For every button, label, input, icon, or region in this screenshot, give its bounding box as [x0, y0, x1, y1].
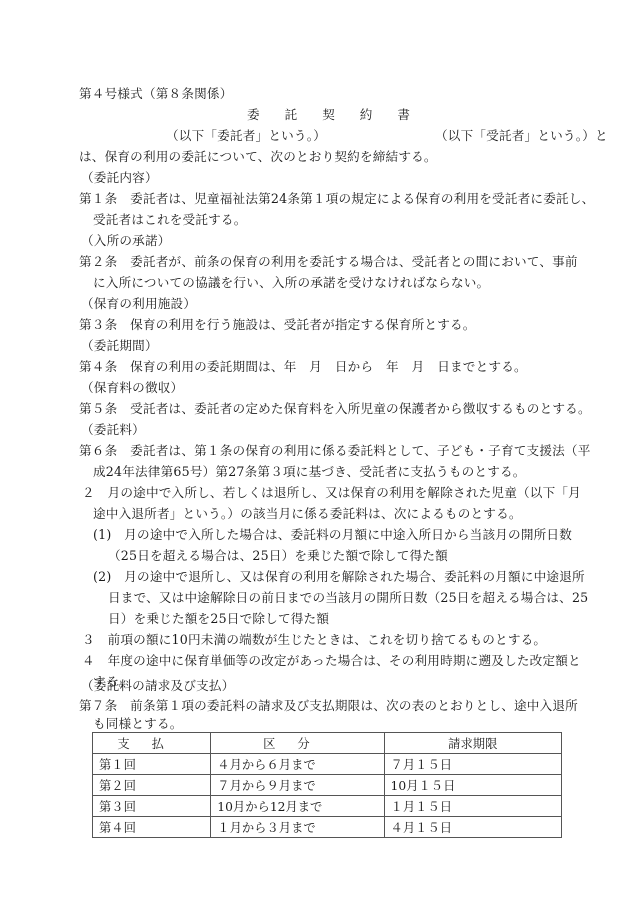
table-row: 第１回 ４月から６月まで ７月１５日 — [93, 754, 562, 775]
table-header-row: 支払 区分 請求期限 — [93, 733, 562, 754]
payment-schedule-table: 支払 区分 請求期限 第１回 ４月から６月まで ７月１５日 第２回 ７月から９月… — [92, 732, 562, 838]
article-6-item-2-cont: 日まで、又は中途解除日の前日までの当該月の開所日数（25日を超える場合は、25 — [108, 589, 588, 607]
payment-cell: 第４回 — [93, 817, 211, 838]
document-page: 第４号様式（第８条関係） 委託契約書 （以下「委託者」という。） （以下「受託者… — [0, 0, 630, 903]
article-5-heading: （保育料の徴収） — [81, 379, 183, 397]
table-row: 第３回 10月から12月まで １月１５日 — [93, 796, 562, 817]
period-cell: ７月から９月まで — [211, 775, 384, 796]
article-3-text: 第３条 保育の利用を行う施設は、受託者が指定する保育所とする。 — [79, 316, 476, 334]
deadline-cell: ７月１５日 — [384, 754, 561, 775]
header-payment: 支払 — [93, 733, 211, 754]
period-cell: 10月から12月まで — [211, 796, 384, 817]
table-row: 第４回 １月から３月まで ４月１５日 — [93, 817, 562, 838]
article-6-item-1: (1) 月の途中で入所した場合は、委託料の月額に中途入所日から当該月の開所日数 — [93, 526, 572, 544]
preamble-line: は、保育の利用の委託について、次のとおり契約を締結する。 — [79, 148, 437, 166]
article-1-text-cont: 受託者はこれを受託する。 — [93, 211, 247, 229]
payment-cell: 第１回 — [93, 754, 211, 775]
period-cell: １月から３月まで — [211, 817, 384, 838]
payment-cell: 第３回 — [93, 796, 211, 817]
deadline-cell: １月１５日 — [384, 796, 561, 817]
article-6-text: 第６条 委託者は、第１条の保育の利用に係る委託料として、子ども・子育て支援法（平 — [79, 442, 591, 460]
article-2-heading: （入所の承諾） — [81, 232, 171, 250]
period-cell: ４月から６月まで — [211, 754, 384, 775]
table-row: 第２回 ７月から９月まで 10月１５日 — [93, 775, 562, 796]
preamble-party-a: （以下「委託者」という。） — [166, 127, 326, 145]
article-6-item-1-cont: （25日を超える場合は、25日）を乗じた額で除して得た額 — [108, 547, 448, 565]
article-4-text: 第４条 保育の利用の委託期間は、年 月 日から 年 月 日までとする。 — [79, 358, 527, 376]
article-7-text-cont: も同様とする。 — [93, 715, 183, 733]
preamble-party-b: （以下「受託者」という。）と — [435, 127, 608, 145]
header-period: 区分 — [211, 733, 384, 754]
header-deadline: 請求期限 — [384, 733, 561, 754]
document-title: 委託契約書 — [247, 106, 435, 124]
deadline-cell: ４月１５日 — [384, 817, 561, 838]
article-1-text: 第１条 委託者は、児童福祉法第24条第１項の規定による保育の利用を受託者に委託し… — [79, 190, 594, 208]
article-6-item-2: (2) 月の途中で退所し、又は保育の利用を解除された場合、委託料の月額に中途退所 — [93, 568, 585, 586]
article-7-heading: （委託料の請求及び支払） — [81, 677, 235, 695]
article-6-para-2: ２ 月の途中で入所し、若しくは退所し、又は保育の利用を解除された児童（以下「月 — [82, 484, 581, 502]
article-6-para-3: ３ 前項の額に10円未満の端数が生じたときは、これを切り捨てるものとする。 — [82, 631, 546, 649]
article-6-text-cont: 成24年法律第65号）第27条第３項に基づき、受託者に支払うものとする。 — [93, 463, 526, 481]
article-1-heading: （委託内容） — [81, 169, 158, 187]
deadline-cell: 10月１５日 — [384, 775, 561, 796]
article-6-heading: （委託料） — [81, 421, 145, 439]
article-2-text-cont: に入所についての協議を行い、入所の承諾を受けなければならない。 — [93, 274, 489, 292]
article-2-text: 第２条 委託者が、前条の保育の利用を委託する場合は、受託者との間において、事前 — [79, 253, 578, 271]
article-6-item-2-cont2: 日）を乗じた額を25日で除して得た額 — [108, 610, 329, 628]
form-number: 第４号様式（第８条関係） — [79, 85, 233, 103]
article-5-text: 第５条 受託者は、委託者の定めた保育料を入所児童の保護者から徴収するものとする。 — [79, 400, 591, 418]
article-7-text: 第７条 前条第１項の委託料の請求及び支払期限は、次の表のとおりとし、途中入退所 — [79, 697, 578, 715]
payment-cell: 第２回 — [93, 775, 211, 796]
article-6-para-2-cont: 途中入退所者」という。）の該当月に係る委託料は、次によるものとする。 — [93, 505, 522, 523]
article-6-para-4: ４ 年度の途中に保育単価等の改定があった場合は、その利用時期に遡及した改定額と — [82, 652, 581, 670]
article-4-heading: （委託期間） — [81, 337, 158, 355]
article-3-heading: （保育の利用施設） — [81, 295, 196, 313]
